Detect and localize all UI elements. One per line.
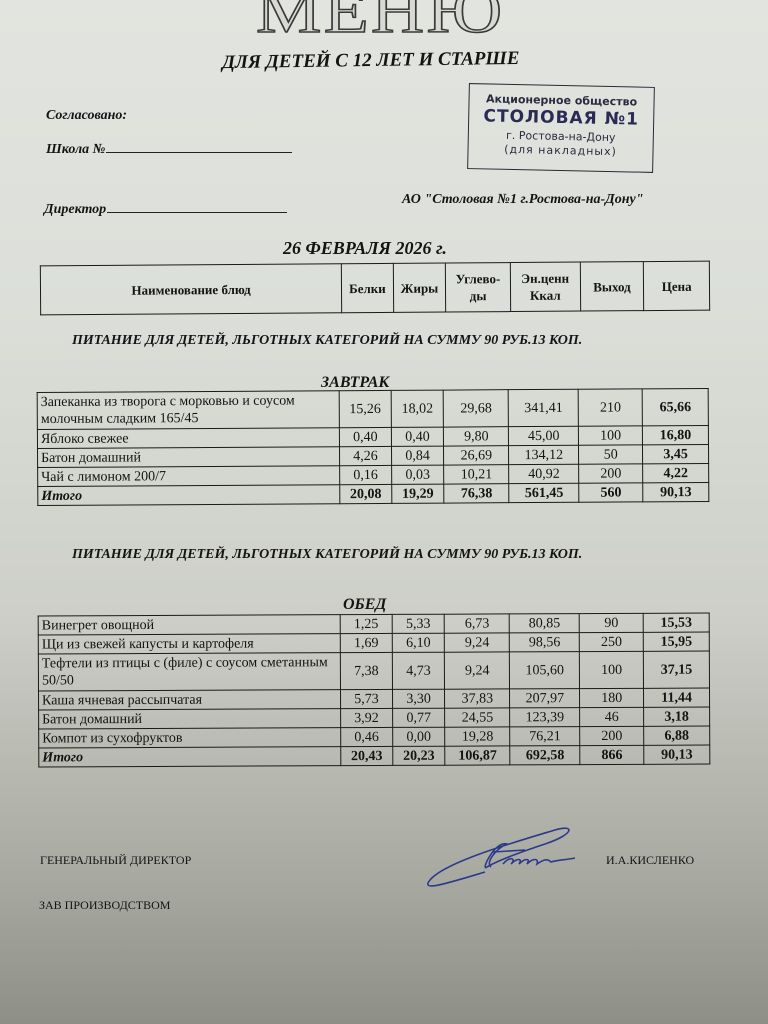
breakfast-note: ПИТАНИЕ ДЛЯ ДЕТЕЙ, ЛЬГОТНЫХ КАТЕГОРИЙ НА… [72, 333, 582, 349]
school-field: Школа № [46, 142, 292, 158]
school-label: Школа № [46, 142, 105, 157]
breakfast-table: Запеканка из творога с морковью и соусом… [37, 388, 710, 506]
col-fat: Жиры [393, 263, 446, 312]
cell-carbs: 24,55 [445, 708, 510, 727]
cell-yield: 100 [579, 426, 643, 445]
cell-price: 15,95 [643, 632, 709, 651]
organization-name: АО "Столовая №1 г.Ростова-на-Дону" [402, 192, 643, 208]
cell-protein: 0,16 [340, 465, 392, 484]
dish-name: Чай с лимоном 200/7 [38, 466, 340, 487]
cell-energy: 134,12 [509, 445, 579, 464]
cell-carbs: 9,24 [445, 633, 510, 652]
cell-price: 90,13 [643, 482, 709, 501]
cell-energy: 80,85 [509, 614, 579, 633]
cell-carbs: 6,73 [445, 614, 510, 633]
lunch-table: Винегрет овощной1,255,336,7380,859015,53… [38, 613, 711, 768]
cell-fat: 0,00 [392, 727, 445, 746]
dish-name: Яблоко свежее [37, 428, 339, 449]
stamp-line-4: (для накладных) [468, 142, 652, 159]
director-signature-line [107, 212, 287, 213]
cell-price: 6,88 [644, 726, 710, 745]
cell-price: 90,13 [644, 745, 710, 764]
cell-energy: 692,58 [510, 746, 580, 765]
cell-fat: 19,29 [391, 484, 444, 503]
cell-price: 4,22 [643, 463, 709, 482]
cell-yield: 100 [580, 651, 644, 688]
cell-protein: 20,43 [341, 746, 393, 765]
cell-carbs: 9,80 [444, 427, 509, 446]
dish-name: Итого [38, 485, 340, 506]
cell-carbs: 76,38 [444, 484, 509, 503]
col-protein: Белки [341, 263, 393, 312]
dish-name: Батон домашний [39, 709, 341, 729]
director-label: Директор [44, 202, 106, 217]
cell-protein: 4,26 [340, 446, 392, 465]
dish-name: Батон домашний [38, 447, 340, 468]
menu-subtitle: ДЛЯ ДЕТЕЙ С 12 ЛЕТ И СТАРШЕ [222, 48, 520, 74]
dish-name: Каша ячневая рассыпчатая [39, 690, 341, 710]
signature-icon [425, 822, 600, 892]
cell-fat: 0,40 [391, 427, 444, 446]
table-row: Запеканка из творога с морковью и соусом… [37, 388, 708, 429]
cell-price: 16,80 [642, 425, 708, 444]
cell-fat: 6,10 [392, 633, 445, 652]
cell-carbs: 19,28 [445, 727, 510, 746]
cell-energy: 105,60 [510, 652, 580, 689]
agreed-label: Согласовано: [46, 108, 127, 124]
cell-carbs: 29,68 [444, 390, 509, 427]
cell-fat: 0,77 [392, 708, 445, 727]
col-carbs: Углево-ды [446, 263, 511, 312]
dish-name: Запеканка из творога с морковью и соусом… [37, 391, 339, 430]
dish-name: Компот из сухофруктов [39, 728, 341, 748]
col-name: Наименование блюд [40, 264, 341, 315]
menu-title: МЕНЮ [256, 0, 504, 48]
cell-yield: 210 [578, 389, 642, 426]
cell-fat: 20,23 [392, 746, 445, 765]
cell-yield: 250 [579, 632, 643, 651]
cell-protein: 3,92 [341, 708, 393, 727]
cell-fat: 3,30 [392, 689, 445, 708]
cell-price: 3,45 [643, 444, 709, 463]
cell-energy: 207,97 [510, 689, 580, 708]
cell-fat: 0,03 [391, 465, 444, 484]
cell-yield: 560 [579, 483, 643, 502]
lunch-note: ПИТАНИЕ ДЛЯ ДЕТЕЙ, ЛЬГОТНЫХ КАТЕГОРИЙ НА… [72, 547, 582, 563]
col-yield: Выход [580, 262, 644, 311]
col-price: Цена [644, 261, 710, 310]
column-header-table: Наименование блюд Белки Жиры Углево-ды Э… [40, 261, 710, 316]
company-stamp: Акционерное общество СТОЛОВАЯ №1 г. Рост… [467, 83, 655, 173]
cell-protein: 5,73 [341, 689, 393, 708]
cell-carbs: 10,21 [444, 465, 509, 484]
cell-energy: 76,21 [510, 727, 580, 746]
dish-name: Винегрет овощной [38, 615, 340, 635]
cell-protein: 15,26 [339, 390, 391, 427]
dish-name: Тефтели из птицы с (филе) с соусом смета… [38, 653, 340, 691]
cell-yield: 180 [580, 688, 644, 707]
cell-fat: 4,73 [392, 652, 445, 689]
school-signature-line [106, 152, 292, 153]
cell-protein: 0,40 [339, 427, 391, 446]
cell-protein: 0,46 [341, 727, 393, 746]
col-energy: Эн.ценн Ккал [510, 262, 580, 311]
cell-protein: 1,69 [340, 633, 392, 652]
cell-protein: 20,08 [340, 484, 392, 503]
cell-price: 15,53 [643, 613, 709, 632]
stamp-line-2: СТОЛОВАЯ №1 [469, 106, 653, 130]
table-row: Тефтели из птицы с (филе) с соусом смета… [38, 651, 709, 691]
cell-price: 3,18 [644, 707, 710, 726]
total-row: Итого20,4320,23106,87692,5886690,13 [39, 745, 710, 767]
cell-price: 11,44 [644, 688, 710, 707]
cell-fat: 18,02 [391, 390, 444, 427]
cell-yield: 46 [580, 707, 644, 726]
cell-carbs: 26,69 [444, 446, 509, 465]
cell-yield: 866 [580, 745, 644, 764]
cell-energy: 561,45 [509, 483, 579, 502]
lunch-heading: ОБЕД [343, 596, 386, 614]
dish-name: Щи из свежей капусты и картофеля [38, 634, 340, 654]
cell-yield: 200 [580, 726, 644, 745]
cell-yield: 200 [579, 464, 643, 483]
dish-name: Итого [39, 747, 341, 767]
cell-protein: 1,25 [340, 614, 392, 633]
cell-protein: 7,38 [340, 652, 392, 689]
cell-fat: 5,33 [392, 614, 445, 633]
director-field: Директор [44, 202, 287, 218]
cell-energy: 45,00 [509, 426, 579, 445]
general-director-label: ГЕНЕРАЛЬНЫЙ ДИРЕКТОР [40, 853, 191, 868]
cell-energy: 341,41 [508, 389, 578, 426]
cell-carbs: 106,87 [445, 746, 510, 765]
production-head-label: ЗАВ ПРОИЗВОДСТВОМ [39, 898, 170, 913]
menu-date: 26 ФЕВРАЛЯ 2026 г. [283, 238, 447, 259]
cell-energy: 123,39 [510, 708, 580, 727]
cell-carbs: 37,83 [445, 689, 510, 708]
cell-yield: 90 [579, 613, 643, 632]
cell-yield: 50 [579, 445, 643, 464]
general-director-name: И.А.КИСЛЕНКО [606, 853, 694, 868]
cell-energy: 98,56 [510, 633, 580, 652]
cell-fat: 0,84 [391, 446, 444, 465]
cell-energy: 40,92 [509, 464, 579, 483]
total-row: Итого20,0819,2976,38561,4556090,13 [38, 482, 709, 505]
cell-price: 37,15 [643, 651, 709, 688]
cell-price: 65,66 [642, 388, 708, 425]
cell-carbs: 9,24 [445, 652, 510, 689]
